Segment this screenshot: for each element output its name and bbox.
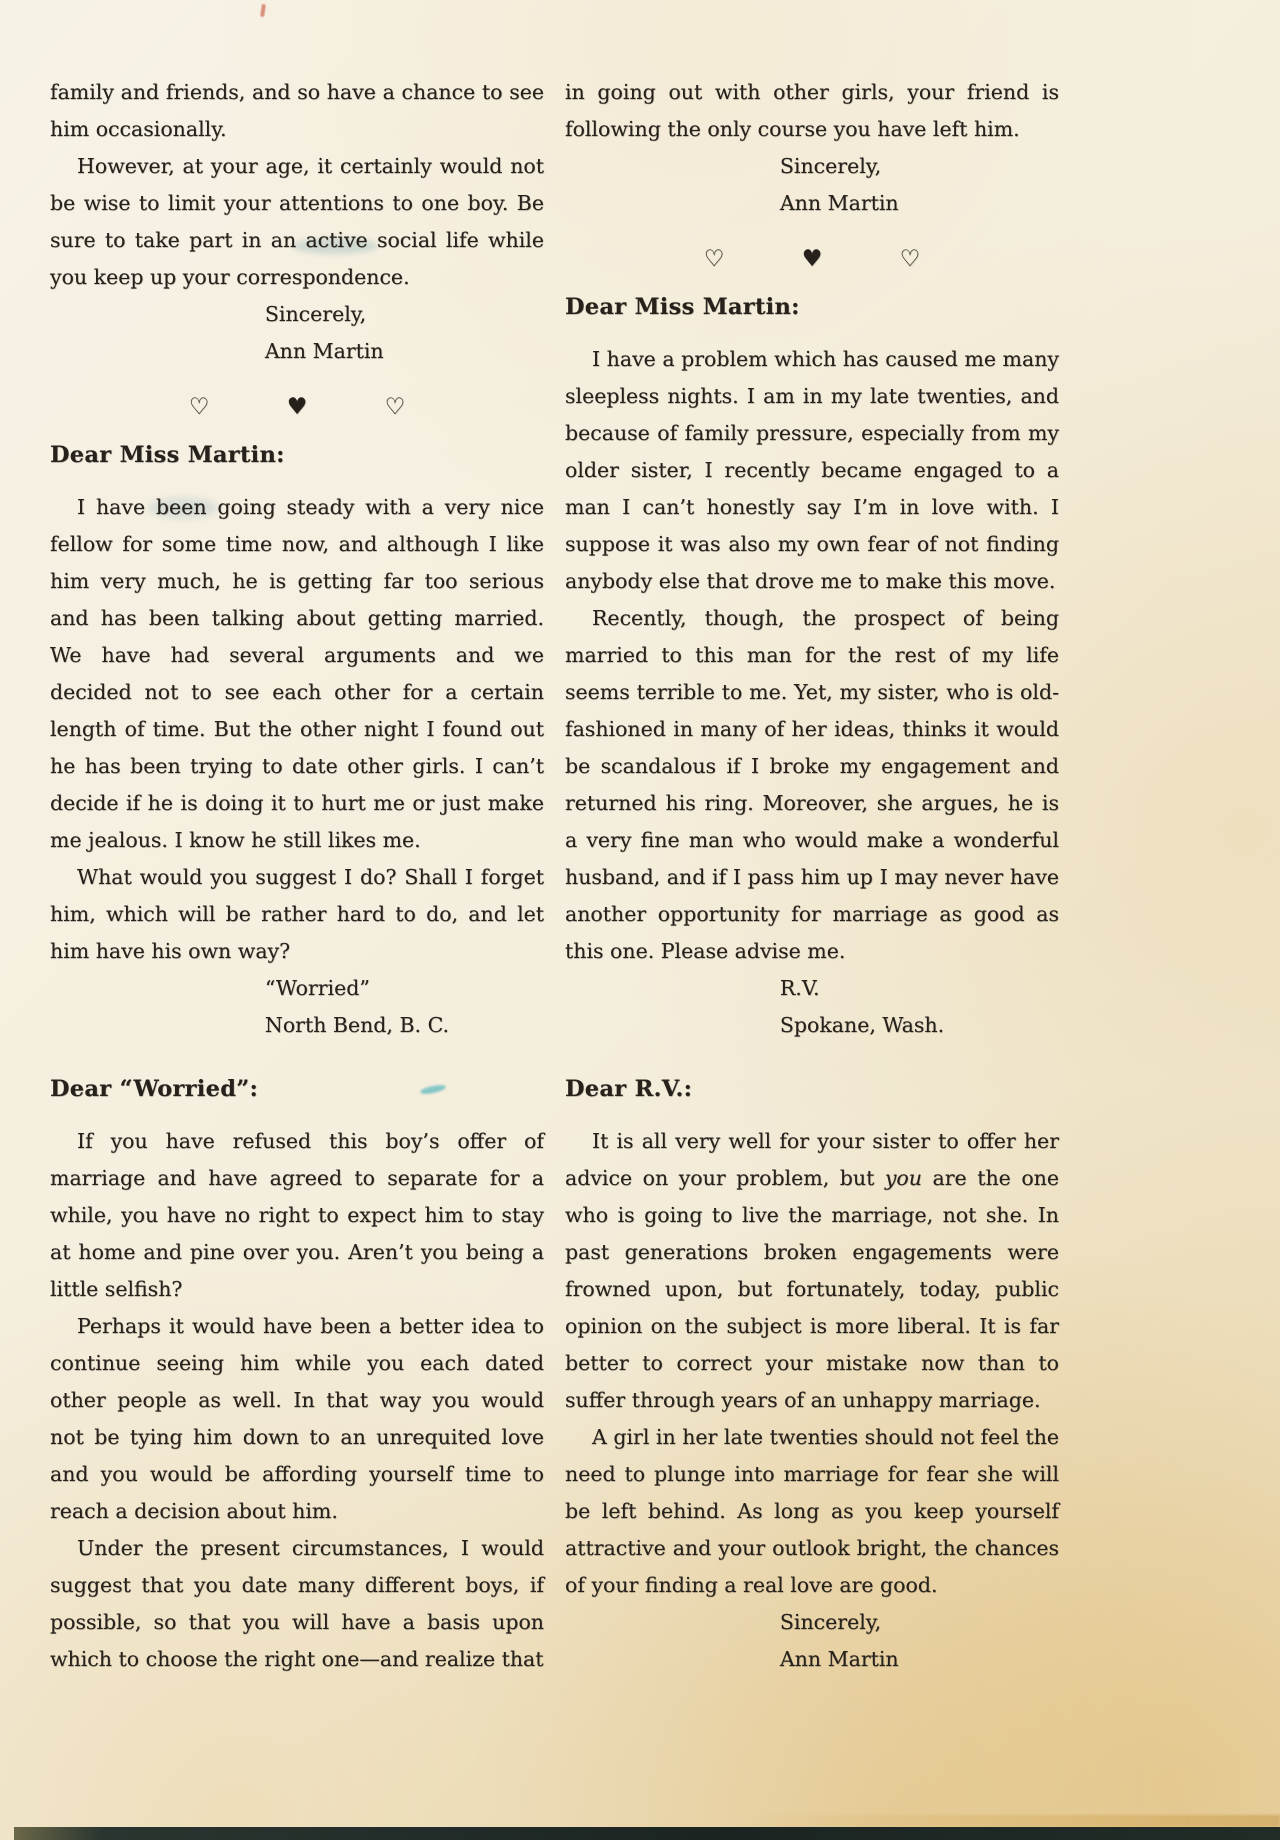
salutation-heading: Dear “Worried”: xyxy=(50,1071,544,1108)
letter-paragraph: However, at your age, it certainly would… xyxy=(50,148,544,296)
ink-smudge xyxy=(260,4,266,17)
signature-line: R.V. xyxy=(780,970,1059,1007)
signoff-name: North Bend, B. C. xyxy=(265,1007,544,1044)
letter-paragraph: I have been going steady with a very nic… xyxy=(50,489,544,859)
right-column: in going out with other girls, your frie… xyxy=(565,74,1059,1678)
page-bottom-band xyxy=(14,1827,1280,1840)
letter-paragraph: Perhaps it would have been a better idea… xyxy=(50,1308,544,1530)
signoff-name: Ann Martin xyxy=(265,333,544,370)
letter-paragraph: in going out with other girls, your frie… xyxy=(565,74,1059,148)
signature-line: Sincerely, xyxy=(780,1604,1059,1641)
signature-line: Sincerely, xyxy=(780,148,1059,185)
letter-paragraph: Under the present circumstances, I would… xyxy=(50,1530,544,1678)
signoff-name: Spokane, Wash. xyxy=(780,1007,1059,1044)
letter-paragraph: I have a problem which has caused me man… xyxy=(565,341,1059,600)
salutation-heading: Dear Miss Martin: xyxy=(565,289,1059,326)
paper-stain xyxy=(740,1815,1280,1827)
letter-paragraph: What would you suggest I do? Shall I for… xyxy=(50,859,544,970)
heart-filled-icon: ♥ xyxy=(802,247,823,271)
hearts-divider: ♡ ♥ ♡ xyxy=(565,247,1059,271)
signoff-name: Ann Martin xyxy=(780,1641,1059,1678)
signature-line: “Worried” xyxy=(265,970,544,1007)
hearts-divider: ♡ ♥ ♡ xyxy=(50,395,544,419)
magazine-page: family and friends, and so have a chance… xyxy=(0,0,1280,1840)
heart-outline-icon: ♡ xyxy=(704,247,725,271)
salutation-heading: Dear R.V.: xyxy=(565,1071,1059,1108)
letter-paragraph: If you have refused this boy’s offer of … xyxy=(50,1123,544,1308)
left-column: family and friends, and so have a chance… xyxy=(50,74,544,1678)
salutation-heading: Dear Miss Martin: xyxy=(50,437,544,474)
paragraph-text: are the one who is going to live the mar… xyxy=(565,1166,1059,1412)
heart-outline-icon: ♡ xyxy=(189,395,210,419)
signoff-name: Ann Martin xyxy=(780,185,1059,222)
heart-outline-icon: ♡ xyxy=(385,395,406,419)
signature-line: Sincerely, xyxy=(265,296,544,333)
letter-paragraph: A girl in her late twenties should not f… xyxy=(565,1419,1059,1604)
heart-filled-icon: ♥ xyxy=(287,395,308,419)
letter-paragraph: Recently, though, the prospect of being … xyxy=(565,600,1059,970)
letter-paragraph: It is all very well for your sister to o… xyxy=(565,1123,1059,1419)
emphasized-word: you xyxy=(885,1166,922,1190)
heart-outline-icon: ♡ xyxy=(900,247,921,271)
letter-paragraph: family and friends, and so have a chance… xyxy=(50,74,544,148)
